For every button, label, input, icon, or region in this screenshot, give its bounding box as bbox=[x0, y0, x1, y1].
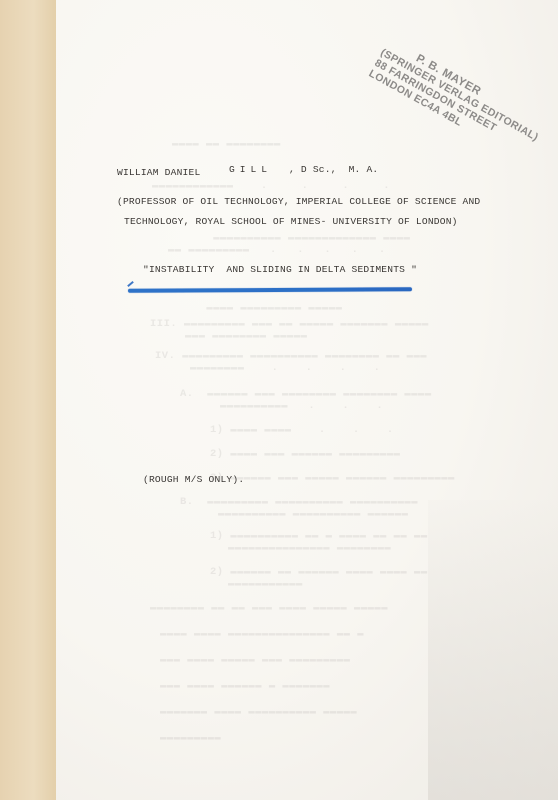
manuscript-note: (ROUGH M/S ONLY). bbox=[143, 474, 244, 485]
show-through-text: ▬▬▬▬▬▬▬▬ . . . . bbox=[190, 362, 380, 374]
show-through-text: ▬▬ ▬▬▬▬▬▬▬▬▬ . . . . . bbox=[168, 244, 386, 256]
show-through-text: ▬▬▬ ▬▬▬▬ ▬▬▬▬▬▬ ▬ ▬▬▬▬▬▬▬ bbox=[160, 680, 330, 692]
show-through-text: 3) ▬▬▬▬▬▬ ▬▬▬ ▬▬▬▬▬ ▬▬▬▬▬▬ ▬▬▬▬▬▬▬▬▬ bbox=[210, 472, 455, 484]
show-through-text: ▬▬▬▬▬▬▬▬▬▬▬▬▬▬▬ ▬▬▬▬▬▬▬▬ bbox=[228, 542, 391, 554]
show-through-text: A. ▬▬▬▬▬▬ ▬▬▬ ▬▬▬▬▬▬▬▬ ▬▬▬▬▬▬▬▬ ▬▬▬▬ bbox=[180, 388, 432, 400]
affiliation-line-2: TECHNOLOGY, ROYAL SCHOOL OF MINES- UNIVE… bbox=[124, 216, 458, 227]
show-through-text: 1) ▬▬▬▬ ▬▬▬▬ . . . bbox=[210, 424, 394, 436]
show-through-text: ▬▬▬▬▬▬▬▬▬▬ ▬▬▬▬▬▬▬▬▬▬▬▬▬ ▬▬▬▬ bbox=[152, 232, 410, 244]
document-title: "INSTABILITY AND SLIDING IN DELTA SEDIME… bbox=[143, 264, 417, 275]
show-through-text: ▬▬▬ ▬▬▬▬▬▬▬▬ ▬▬▬▬▬ bbox=[185, 330, 307, 342]
show-through-text: ▬▬▬ ▬▬▬▬ ▬▬▬▬▬ ▬▬▬ ▬▬▬▬▬▬▬▬▬ bbox=[160, 654, 350, 666]
show-through-text: 2) ▬▬▬▬ ▬▬▬ ▬▬▬▬▬▬ ▬▬▬▬▬▬▬▬▬ bbox=[210, 448, 400, 460]
binding-strip bbox=[0, 0, 57, 800]
show-through-text: ▬▬▬▬▬▬▬▬▬▬ ▬▬▬▬▬▬▬▬▬▬ ▬▬▬▬▬▬ bbox=[218, 508, 408, 520]
author-degrees: , D Sc., M. A. bbox=[289, 164, 378, 175]
show-through-text: 1) ▬▬▬▬▬▬▬▬▬▬ ▬▬ ▬ ▬▬▬▬ ▬▬ ▬▬ ▬▬ bbox=[210, 530, 428, 542]
show-through-text: ▬▬▬▬ ▬▬▬▬ ▬▬▬▬▬▬▬▬▬▬▬▬▬▬▬ ▬▬ ▬ bbox=[160, 628, 364, 640]
show-through-text: ▬▬▬▬▬▬▬▬▬▬▬ bbox=[228, 578, 303, 590]
show-through-text: ▬▬▬▬▬▬▬▬▬▬ . . . bbox=[220, 400, 383, 412]
show-through-text: IV. ▬▬▬▬▬▬▬▬▬ ▬▬▬▬▬▬▬▬▬▬ ▬▬▬▬▬▬▬▬ ▬▬ ▬▬▬ bbox=[155, 350, 427, 362]
affiliation-line-1: (PROFESSOR OF OIL TECHNOLOGY, IMPERIAL C… bbox=[117, 196, 480, 207]
show-through-text: III. ▬▬▬▬▬▬▬▬▬ ▬▬▬ ▬▬ ▬▬▬▬▬ ▬▬▬▬▬▬▬ ▬▬▬▬… bbox=[150, 318, 429, 330]
show-through-text: ▬▬▬▬▬▬▬▬▬▬▬▬ . . . . bbox=[152, 180, 390, 192]
show-through-text: ▬▬▬▬ ▬▬▬▬▬▬▬▬▬ ▬▬▬▬▬ bbox=[152, 302, 342, 314]
show-through-text: B. ▬▬▬▬▬▬▬▬▬ ▬▬▬▬▬▬▬▬▬▬ ▬▬▬▬▬▬▬▬▬▬ bbox=[180, 496, 418, 508]
author-surname: GILL bbox=[229, 164, 272, 175]
page-curl-shadow bbox=[428, 500, 558, 800]
show-through-text: ▬▬▬▬ ▬▬ ▬▬▬▬▬▬▬▬ bbox=[172, 138, 281, 150]
show-through-text: ▬▬▬▬▬▬▬▬ ▬▬ ▬▬ ▬▬▬ ▬▬▬▬ ▬▬▬▬▬ ▬▬▬▬▬ bbox=[150, 602, 388, 614]
show-through-text: ▬▬▬▬▬▬▬▬▬ bbox=[160, 732, 221, 744]
author-first-names: WILLIAM DANIEL bbox=[117, 167, 200, 178]
show-through-text: 2) ▬▬▬▬▬▬ ▬▬ ▬▬▬▬▬▬ ▬▬▬▬ ▬▬▬▬ ▬▬ bbox=[210, 566, 428, 578]
show-through-text: ▬▬▬▬▬▬▬ ▬▬▬▬ ▬▬▬▬▬▬▬▬▬▬ ▬▬▬▬▬ bbox=[160, 706, 357, 718]
